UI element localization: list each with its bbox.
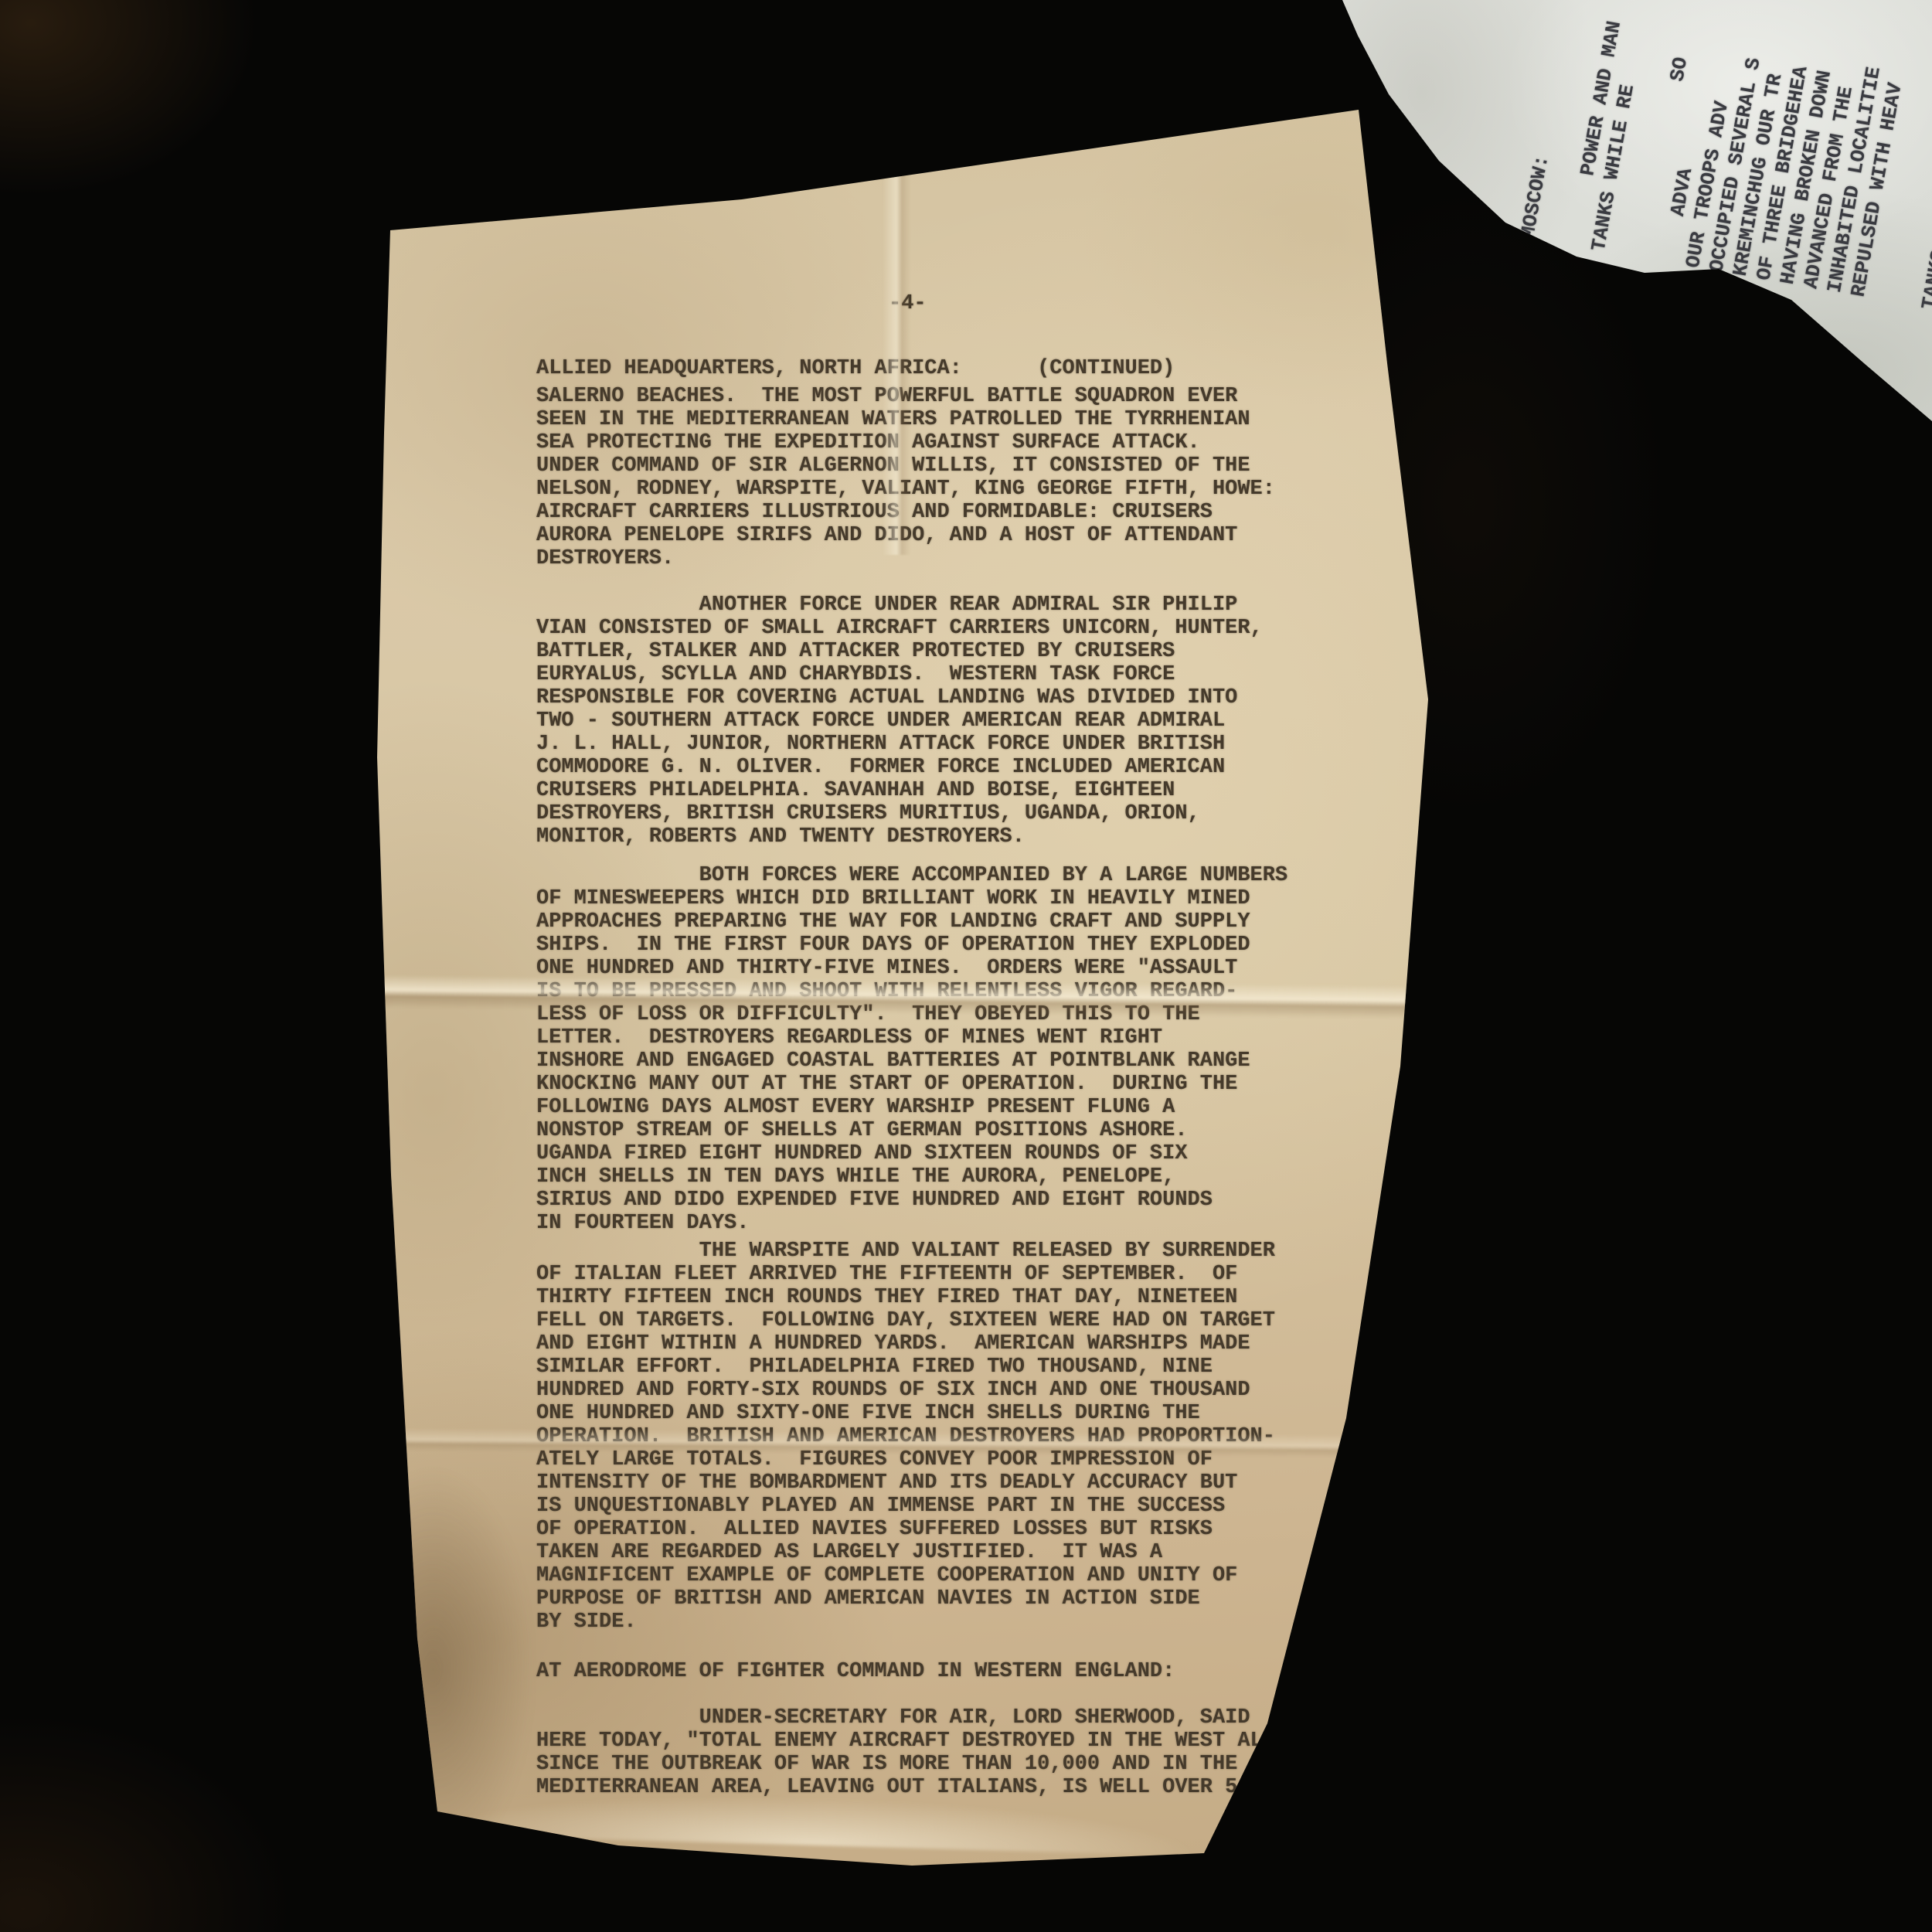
moscow-rotated-text: MOSCOW: POWER AND MAN TANKS WHILE RE SO … (1516, 0, 1932, 315)
fold-crease-vertical (883, 107, 910, 555)
paragraph-vian-force: ANOTHER FORCE UNDER REAR ADMIRAL SIR PHI… (536, 594, 1263, 849)
paragraph-minesweepers: BOTH FORCES WERE ACCOMPANIED BY A LARGE … (536, 864, 1287, 1235)
section-heading-north-africa: ALLIED HEADQUARTERS, NORTH AFRICA: (CONT… (536, 357, 1175, 380)
photo-canvas: -4- ALLIED HEADQUARTERS, NORTH AFRICA: (… (0, 0, 1932, 1932)
paper-corner-shadow (332, 1468, 533, 1870)
typed-dispatch-page: -4- ALLIED HEADQUARTERS, NORTH AFRICA: (… (0, 0, 1932, 1932)
section-heading-fighter-command: AT AERODROME OF FIGHTER COMMAND IN WESTE… (536, 1660, 1175, 1683)
